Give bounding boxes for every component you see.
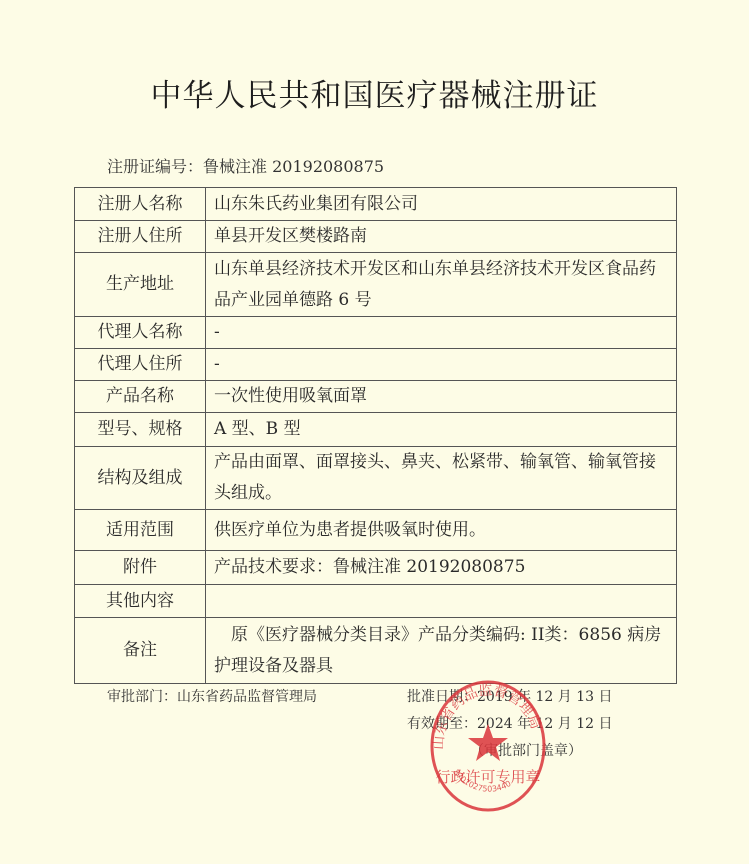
table-row: 备注 原《医疗器械分类目录》产品分类编码: II类：6856 病房护理设备及器具 [75, 618, 677, 684]
table-row: 注册人名称山东朱氏药业集团有限公司 [75, 188, 677, 221]
table-row: 型号、规格A 型、B 型 [75, 413, 677, 447]
field-value: - [206, 317, 677, 349]
field-value: 一次性使用吸氧面罩 [206, 381, 677, 413]
approval-department: 审批部门：山东省药品监督管理局 [107, 686, 317, 706]
field-label: 代理人住所 [75, 349, 206, 381]
table-row: 其他内容 [75, 585, 677, 618]
table-row: 生产地址山东单县经济技术开发区和山东单县经济技术开发区食品药品产业园单德路 6 … [75, 253, 677, 317]
table-row: 代理人住所- [75, 349, 677, 381]
field-label: 适用范围 [75, 510, 206, 551]
field-value: 山东单县经济技术开发区和山东单县经济技术开发区食品药品产业园单德路 6 号 [206, 253, 677, 317]
table-row: 结构及组成产品由面罩、面罩接头、鼻夹、松紧带、输氧管、输氧管接头组成。 [75, 447, 677, 510]
certificate-table: 注册人名称山东朱氏药业集团有限公司注册人住所单县开发区樊楼路南生产地址山东单县经… [74, 187, 677, 684]
field-label: 注册人住所 [75, 221, 206, 253]
field-label: 附件 [75, 551, 206, 585]
table-row: 代理人名称- [75, 317, 677, 349]
stamp-middle-text: 行政许可专用章 [435, 768, 540, 786]
field-label: 备注 [75, 618, 206, 684]
registration-number: 注册证编号：鲁械注准 20192080875 [107, 154, 384, 177]
star-icon [468, 724, 508, 761]
field-label: 产品名称 [75, 381, 206, 413]
table-row: 注册人住所单县开发区樊楼路南 [75, 221, 677, 253]
field-value: 产品技术要求：鲁械注准 20192080875 [206, 551, 677, 585]
field-value: - [206, 349, 677, 381]
registration-number-label: 注册证编号： [107, 157, 203, 176]
field-value: A 型、B 型 [206, 413, 677, 447]
table-row: 附件产品技术要求：鲁械注准 20192080875 [75, 551, 677, 585]
field-label: 注册人名称 [75, 188, 206, 221]
field-value [206, 585, 677, 618]
field-label: 其他内容 [75, 585, 206, 618]
field-label: 型号、规格 [75, 413, 206, 447]
field-label: 生产地址 [75, 253, 206, 317]
registration-number-value: 鲁械注准 20192080875 [203, 157, 384, 176]
field-value: 产品由面罩、面罩接头、鼻夹、松紧带、输氧管、输氧管接头组成。 [206, 447, 677, 510]
official-seal-stamp: 山东省药品监督管理局 行政许可专用章 3701027503440 [425, 672, 550, 812]
table-row: 产品名称一次性使用吸氧面罩 [75, 381, 677, 413]
table-row: 适用范围供医疗单位为患者提供吸氧时使用。 [75, 510, 677, 551]
field-value: 供医疗单位为患者提供吸氧时使用。 [206, 510, 677, 551]
certificate-title: 中华人民共和国医疗器械注册证 [0, 70, 749, 115]
field-value: 单县开发区樊楼路南 [206, 221, 677, 253]
field-label: 代理人名称 [75, 317, 206, 349]
field-label: 结构及组成 [75, 447, 206, 510]
field-value: 山东朱氏药业集团有限公司 [206, 188, 677, 221]
